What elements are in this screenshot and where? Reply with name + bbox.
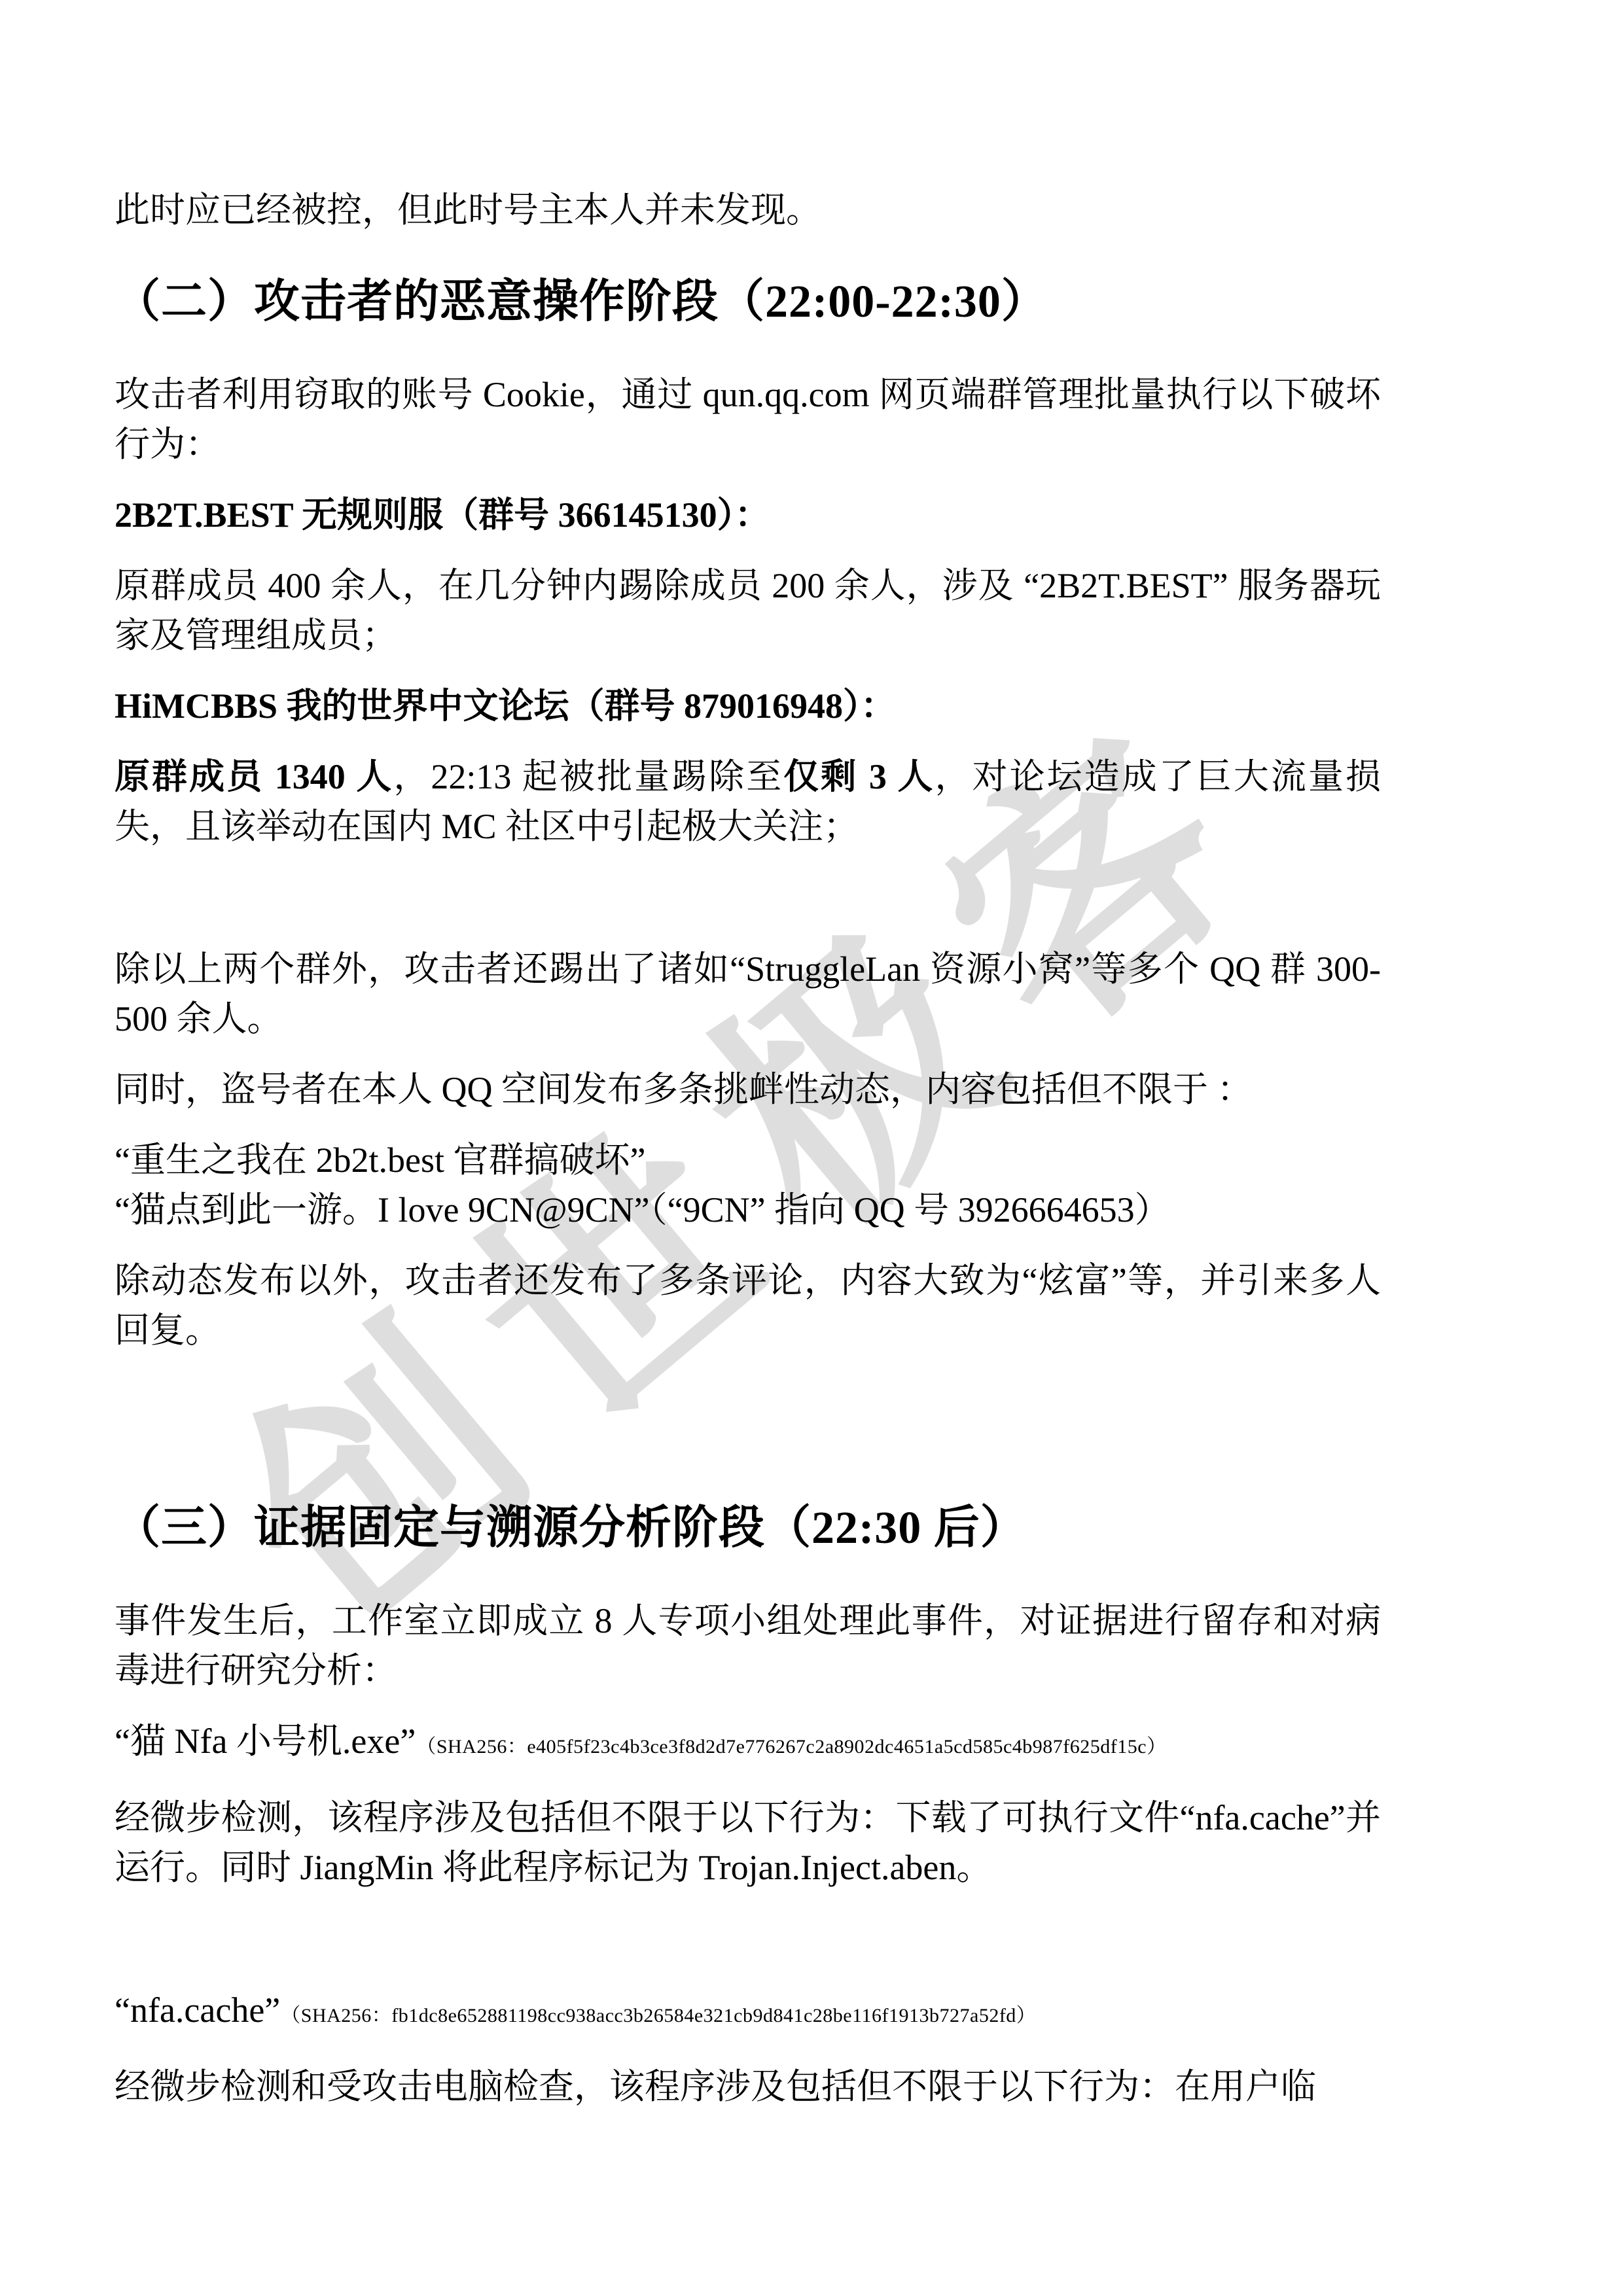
text-run: 经微步检测和受攻击电脑检查，该程序涉及包括但不限于以下行为：在用户临: [115, 2067, 1316, 2106]
document-page: 创世极客 此时应已经被控，但此时号主本人并未发现。（二）攻击者的恶意操作阶段（2…: [0, 0, 1623, 2296]
paragraph: 攻击者利用窃取的账号 Cookie，通过 qun.qq.com 网页端群管理批量…: [115, 370, 1381, 469]
text-run: 除以上两个群外，攻击者还踢出了诸如“StruggleLan 资源小窝”等多个 Q…: [115, 949, 1381, 1038]
text-run: 2B2T.BEST 无规则服（群号 366145130）：: [115, 495, 770, 535]
text-run: 经微步检测，该程序涉及包括但不限于以下行为：下载了可执行文件“nfa.cache…: [115, 1798, 1381, 1887]
paragraph: 经微步检测和受攻击电脑检查，该程序涉及包括但不限于以下行为：在用户临: [115, 2062, 1381, 2111]
vertical-spacer: [115, 1376, 1381, 1461]
text-run: 事件发生后，工作室立即成立 8 人专项小组处理此事件，对证据进行留存和对病毒进行…: [115, 1601, 1381, 1690]
text-run: 除动态发布以外，攻击者还发布了多条评论，内容大致为“炫富”等，并引来多人回复。: [115, 1261, 1381, 1350]
paragraph: 事件发生后，工作室立即成立 8 人专项小组处理此事件，对证据进行留存和对病毒进行…: [115, 1596, 1381, 1695]
paragraph: 此时应已经被控，但此时号主本人并未发现。: [115, 185, 1381, 235]
bold-text-run: 原群成员 1340 人: [115, 757, 393, 796]
vertical-spacer: [115, 1913, 1381, 1985]
paragraph: “重生之我在 2b2t.best 官群搞破坏”“猫点到此一游。I love 9C…: [115, 1135, 1381, 1235]
text-run: 此时应已经被控，但此时号主本人并未发现。: [115, 190, 821, 230]
paragraph: 经微步检测，该程序涉及包括但不限于以下行为：下载了可执行文件“nfa.cache…: [115, 1793, 1381, 1892]
text-run: ，22:13 起被批量踢除至: [393, 757, 783, 796]
text-run: 原群成员 400 余人，在几分钟内踢除成员 200 余人，涉及 “2B2T.BE…: [115, 566, 1381, 655]
paragraph: 原群成员 1340 人，22:13 起被批量踢除至仅剩 3 人，对论坛造成了巨大…: [115, 752, 1381, 851]
text-run: “猫点到此一游。I love 9CN@9CN”（“9CN” 指向 QQ 号 39…: [115, 1190, 1170, 1229]
paragraph: HiMCBBS 我的世界中文论坛（群号 879016948）：: [115, 681, 1381, 731]
text-run: 攻击者利用窃取的账号 Cookie，通过 qun.qq.com 网页端群管理批量…: [115, 375, 1381, 464]
paragraph: 原群成员 400 余人，在几分钟内踢除成员 200 余人，涉及 “2B2T.BE…: [115, 561, 1381, 660]
paragraph: 除以上两个群外，攻击者还踢出了诸如“StruggleLan 资源小窝”等多个 Q…: [115, 944, 1381, 1044]
paragraph: 2B2T.BEST 无规则服（群号 366145130）：: [115, 490, 1381, 540]
document-content: 此时应已经被控，但此时号主本人并未发现。（二）攻击者的恶意操作阶段（22:00-…: [115, 185, 1381, 2132]
file-name: “猫 Nfa 小号机.exe”: [115, 1722, 416, 1761]
text-run: HiMCBBS 我的世界中文论坛（群号 879016948）：: [115, 686, 896, 726]
file-hash-line: “猫 Nfa 小号机.exe”（SHA256：e405f5f23c4b3ce3f…: [115, 1716, 1381, 1772]
sha256-value: （SHA256：e405f5f23c4b3ce3f8d2d7e776267c2a…: [426, 1736, 1166, 1757]
vertical-spacer: [115, 872, 1381, 944]
file-hash-line: “nfa.cache”（SHA256：fb1dc8e652881198cc938…: [115, 1985, 1381, 2041]
section-heading: （三）证据固定与溯源分析阶段（22:30 后）: [115, 1492, 1381, 1564]
sha256-value: （SHA256：fb1dc8e652881198cc938acc3b26584e…: [291, 2005, 1036, 2026]
text-run: 同时，盗号者在本人 QQ 空间发布多条挑衅性动态，内容包括但不限于 ：: [115, 1070, 1253, 1109]
paragraph: 同时，盗号者在本人 QQ 空间发布多条挑衅性动态，内容包括但不限于 ：: [115, 1065, 1381, 1114]
file-name: “nfa.cache”: [115, 1990, 280, 2030]
paragraph: 除动态发布以外，攻击者还发布了多条评论，内容大致为“炫富”等，并引来多人回复。: [115, 1256, 1381, 1355]
text-run: “重生之我在 2b2t.best 官群搞破坏”: [115, 1140, 645, 1180]
bold-text-run: 仅剩 3 人: [783, 757, 935, 796]
section-heading: （二）攻击者的恶意操作阶段（22:00-22:30）: [115, 266, 1381, 338]
